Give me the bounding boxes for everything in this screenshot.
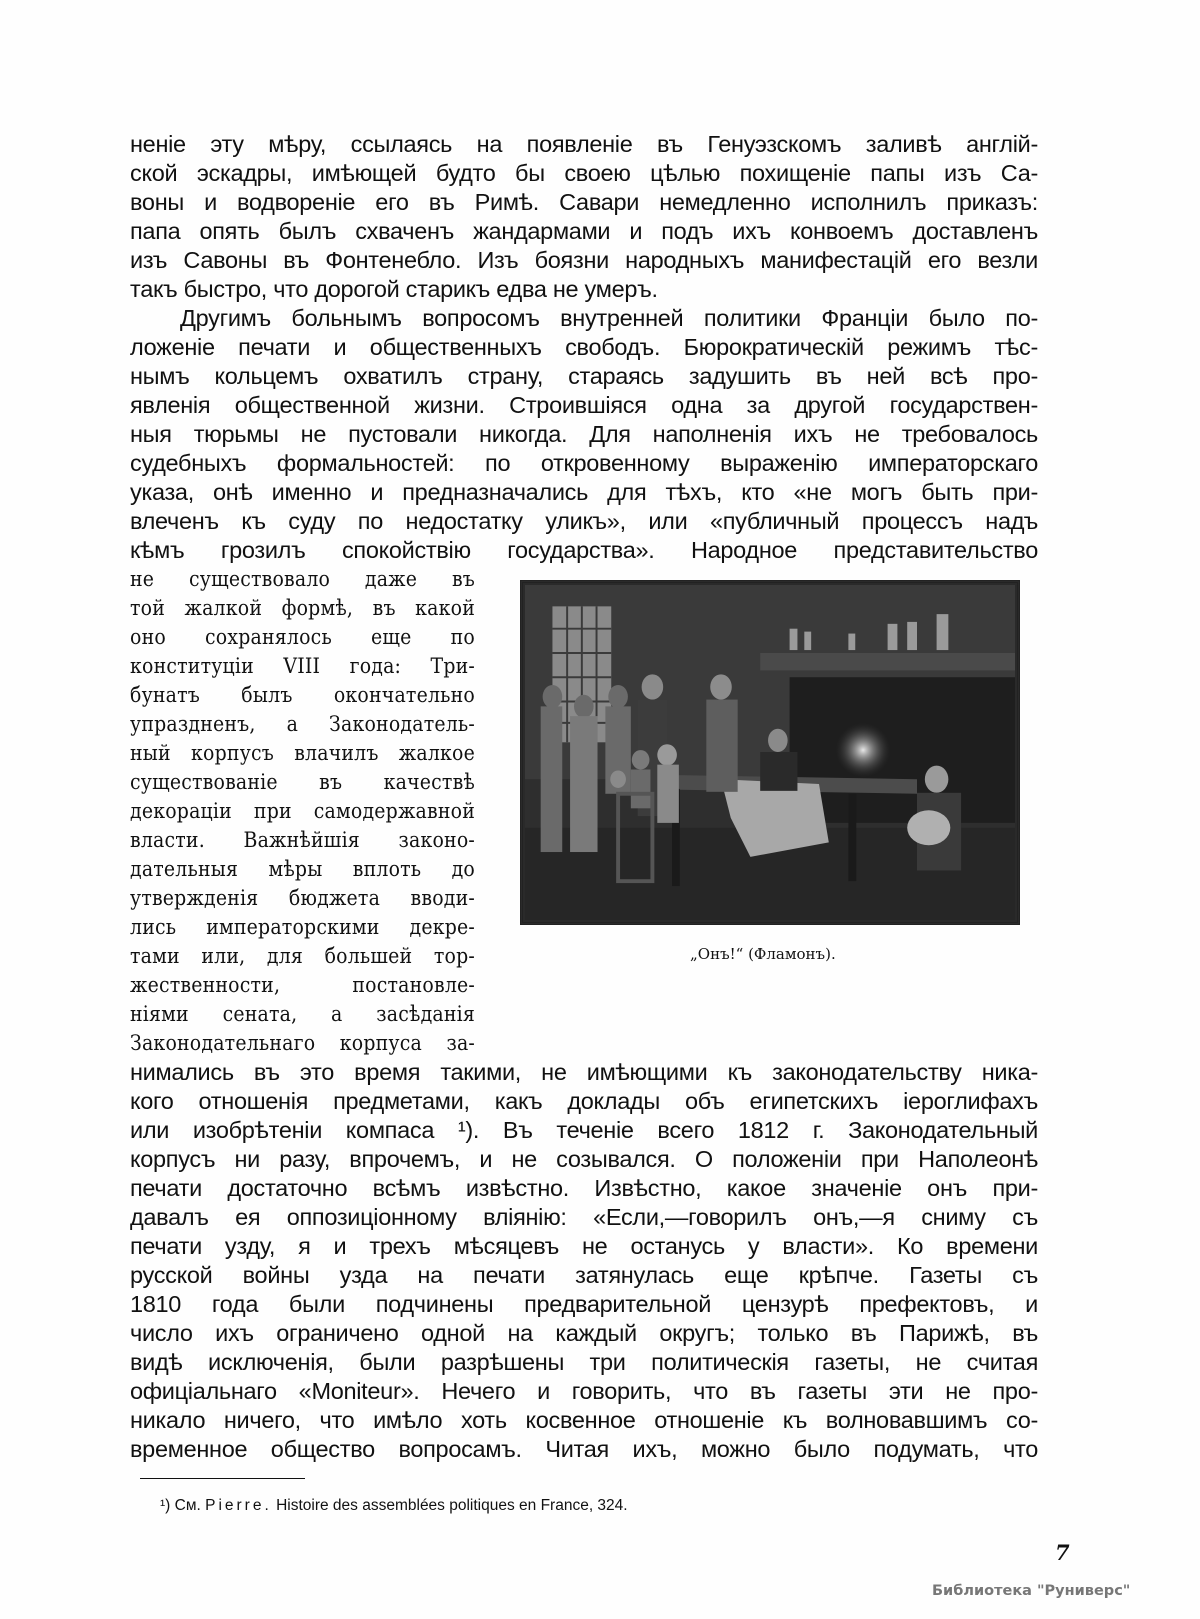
- text-line: никало ничего, что имѣло хоть косвенное …: [130, 1406, 1038, 1435]
- text-line: лись императорскими декре-: [130, 913, 475, 942]
- text-line: видѣ исключенія, были разрѣшены три поли…: [130, 1348, 1038, 1377]
- text-line: бунатъ былъ окончательно: [130, 681, 475, 710]
- text-line: указа, онѣ именно и предназначались для …: [130, 478, 1038, 507]
- footnote: ¹) См. Pierre. Histoire des assemblées p…: [160, 1497, 628, 1515]
- text-line: временное общество вопросамъ. Читая ихъ,…: [130, 1435, 1038, 1464]
- text-line: той жалкой формѣ, въ какой: [130, 594, 475, 623]
- text-line: ской эскадры, имѣющей будто бы своею цѣл…: [130, 159, 1038, 188]
- text-line: влеченъ къ суду по недостатку уликъ», ил…: [130, 507, 1038, 536]
- text-line: ный корпусъ влачилъ жалкое: [130, 739, 475, 768]
- text-line: давалъ ея оппозиціонному вліянію: «Если,…: [130, 1203, 1038, 1232]
- text-line: кого отношенія предметами, какъ доклады …: [130, 1087, 1038, 1116]
- text-line: такъ быстро, что дорогой старикъ едва не…: [130, 275, 1038, 304]
- illustration: [520, 580, 1020, 925]
- text-line: неніе эту мѣру, ссылаясь на появленіе въ…: [130, 130, 1038, 159]
- library-watermark: Библиотека "Руниверс": [932, 1583, 1130, 1599]
- text-line: 1810 года были подчинены предварительной…: [130, 1290, 1038, 1319]
- text-line: ніями сената, а засѣданія: [130, 1000, 475, 1029]
- text-line: или изобрѣтеніи компаса ¹). Въ теченіе в…: [130, 1116, 1038, 1145]
- text-line: печати узду, я и трехъ мѣсяцевъ не остан…: [130, 1232, 1038, 1261]
- text-line: оно сохранялось еще по: [130, 623, 475, 652]
- text-line: печати достаточно всѣмъ извѣстно. Извѣст…: [130, 1174, 1038, 1203]
- text-line: ложеніе печати и общественныхъ свободъ. …: [130, 333, 1038, 362]
- paragraph-start: Другимъ больнымъ вопросомъ внутренней по…: [180, 304, 1038, 333]
- text-line: дательныя мѣры вплоть до: [130, 855, 475, 884]
- text-line: судебныхъ формальностей: по откровенному…: [130, 449, 1038, 478]
- book-page: неніе эту мѣру, ссылаясь на появленіе въ…: [0, 0, 1200, 1619]
- text-line: утвержденія бюджета вводи-: [130, 884, 475, 913]
- text-line: явленія общественной жизни. Строившіяся …: [130, 391, 1038, 420]
- figure-caption: „Онъ!“ (Фламонъ).: [690, 945, 910, 963]
- text-line: нымъ кольцемъ охватилъ страну, стараясь …: [130, 362, 1038, 391]
- text-line: нимались въ это время такими, не имѣющим…: [130, 1058, 1038, 1087]
- text-line: жественности, постановле-: [130, 971, 475, 1000]
- footnote-divider: [140, 1478, 305, 1479]
- text-line: конституціи VIII года: Три-: [130, 652, 475, 681]
- text-line: русской войны узда на печати затянулась …: [130, 1261, 1038, 1290]
- text-line: существованіе въ качествѣ: [130, 768, 475, 797]
- text-line: упраздненъ, а Законодатель-: [130, 710, 475, 739]
- footnote-text: Histoire des assemblées politiques en Fr…: [276, 1497, 628, 1514]
- text-line: не существовало даже въ: [130, 565, 475, 594]
- text-line: кѣмъ грозилъ спокойствію государства». Н…: [130, 536, 1038, 565]
- text-line: тами или, для большей тор-: [130, 942, 475, 971]
- footnote-marker: ¹) См.: [160, 1497, 201, 1514]
- text-line: изъ Савоны въ Фонтенебло. Изъ боязни нар…: [130, 246, 1038, 275]
- text-line: декораціи при самодержавной: [130, 797, 475, 826]
- engraving-image: [525, 585, 1015, 920]
- text-line: число ихъ ограничено одной на каждый окр…: [130, 1319, 1038, 1348]
- page-number: 7: [1055, 1540, 1070, 1565]
- text-line: воны и водвореніе его въ Римѣ. Савари не…: [130, 188, 1038, 217]
- text-line: офиціальнаго «Moniteur». Нечего и говори…: [130, 1377, 1038, 1406]
- text-line: Законодательнаго корпуса за-: [130, 1029, 475, 1058]
- text-line: ныя тюрьмы не пустовали никогда. Для нап…: [130, 420, 1038, 449]
- text-line: папа опять былъ схваченъ жандармами и по…: [130, 217, 1038, 246]
- text-line: корпусъ ни разу, впрочемъ, и не созывалс…: [130, 1145, 1038, 1174]
- footnote-author: Pierre.: [205, 1497, 272, 1514]
- text-line: власти. Важнѣйшія законо-: [130, 826, 475, 855]
